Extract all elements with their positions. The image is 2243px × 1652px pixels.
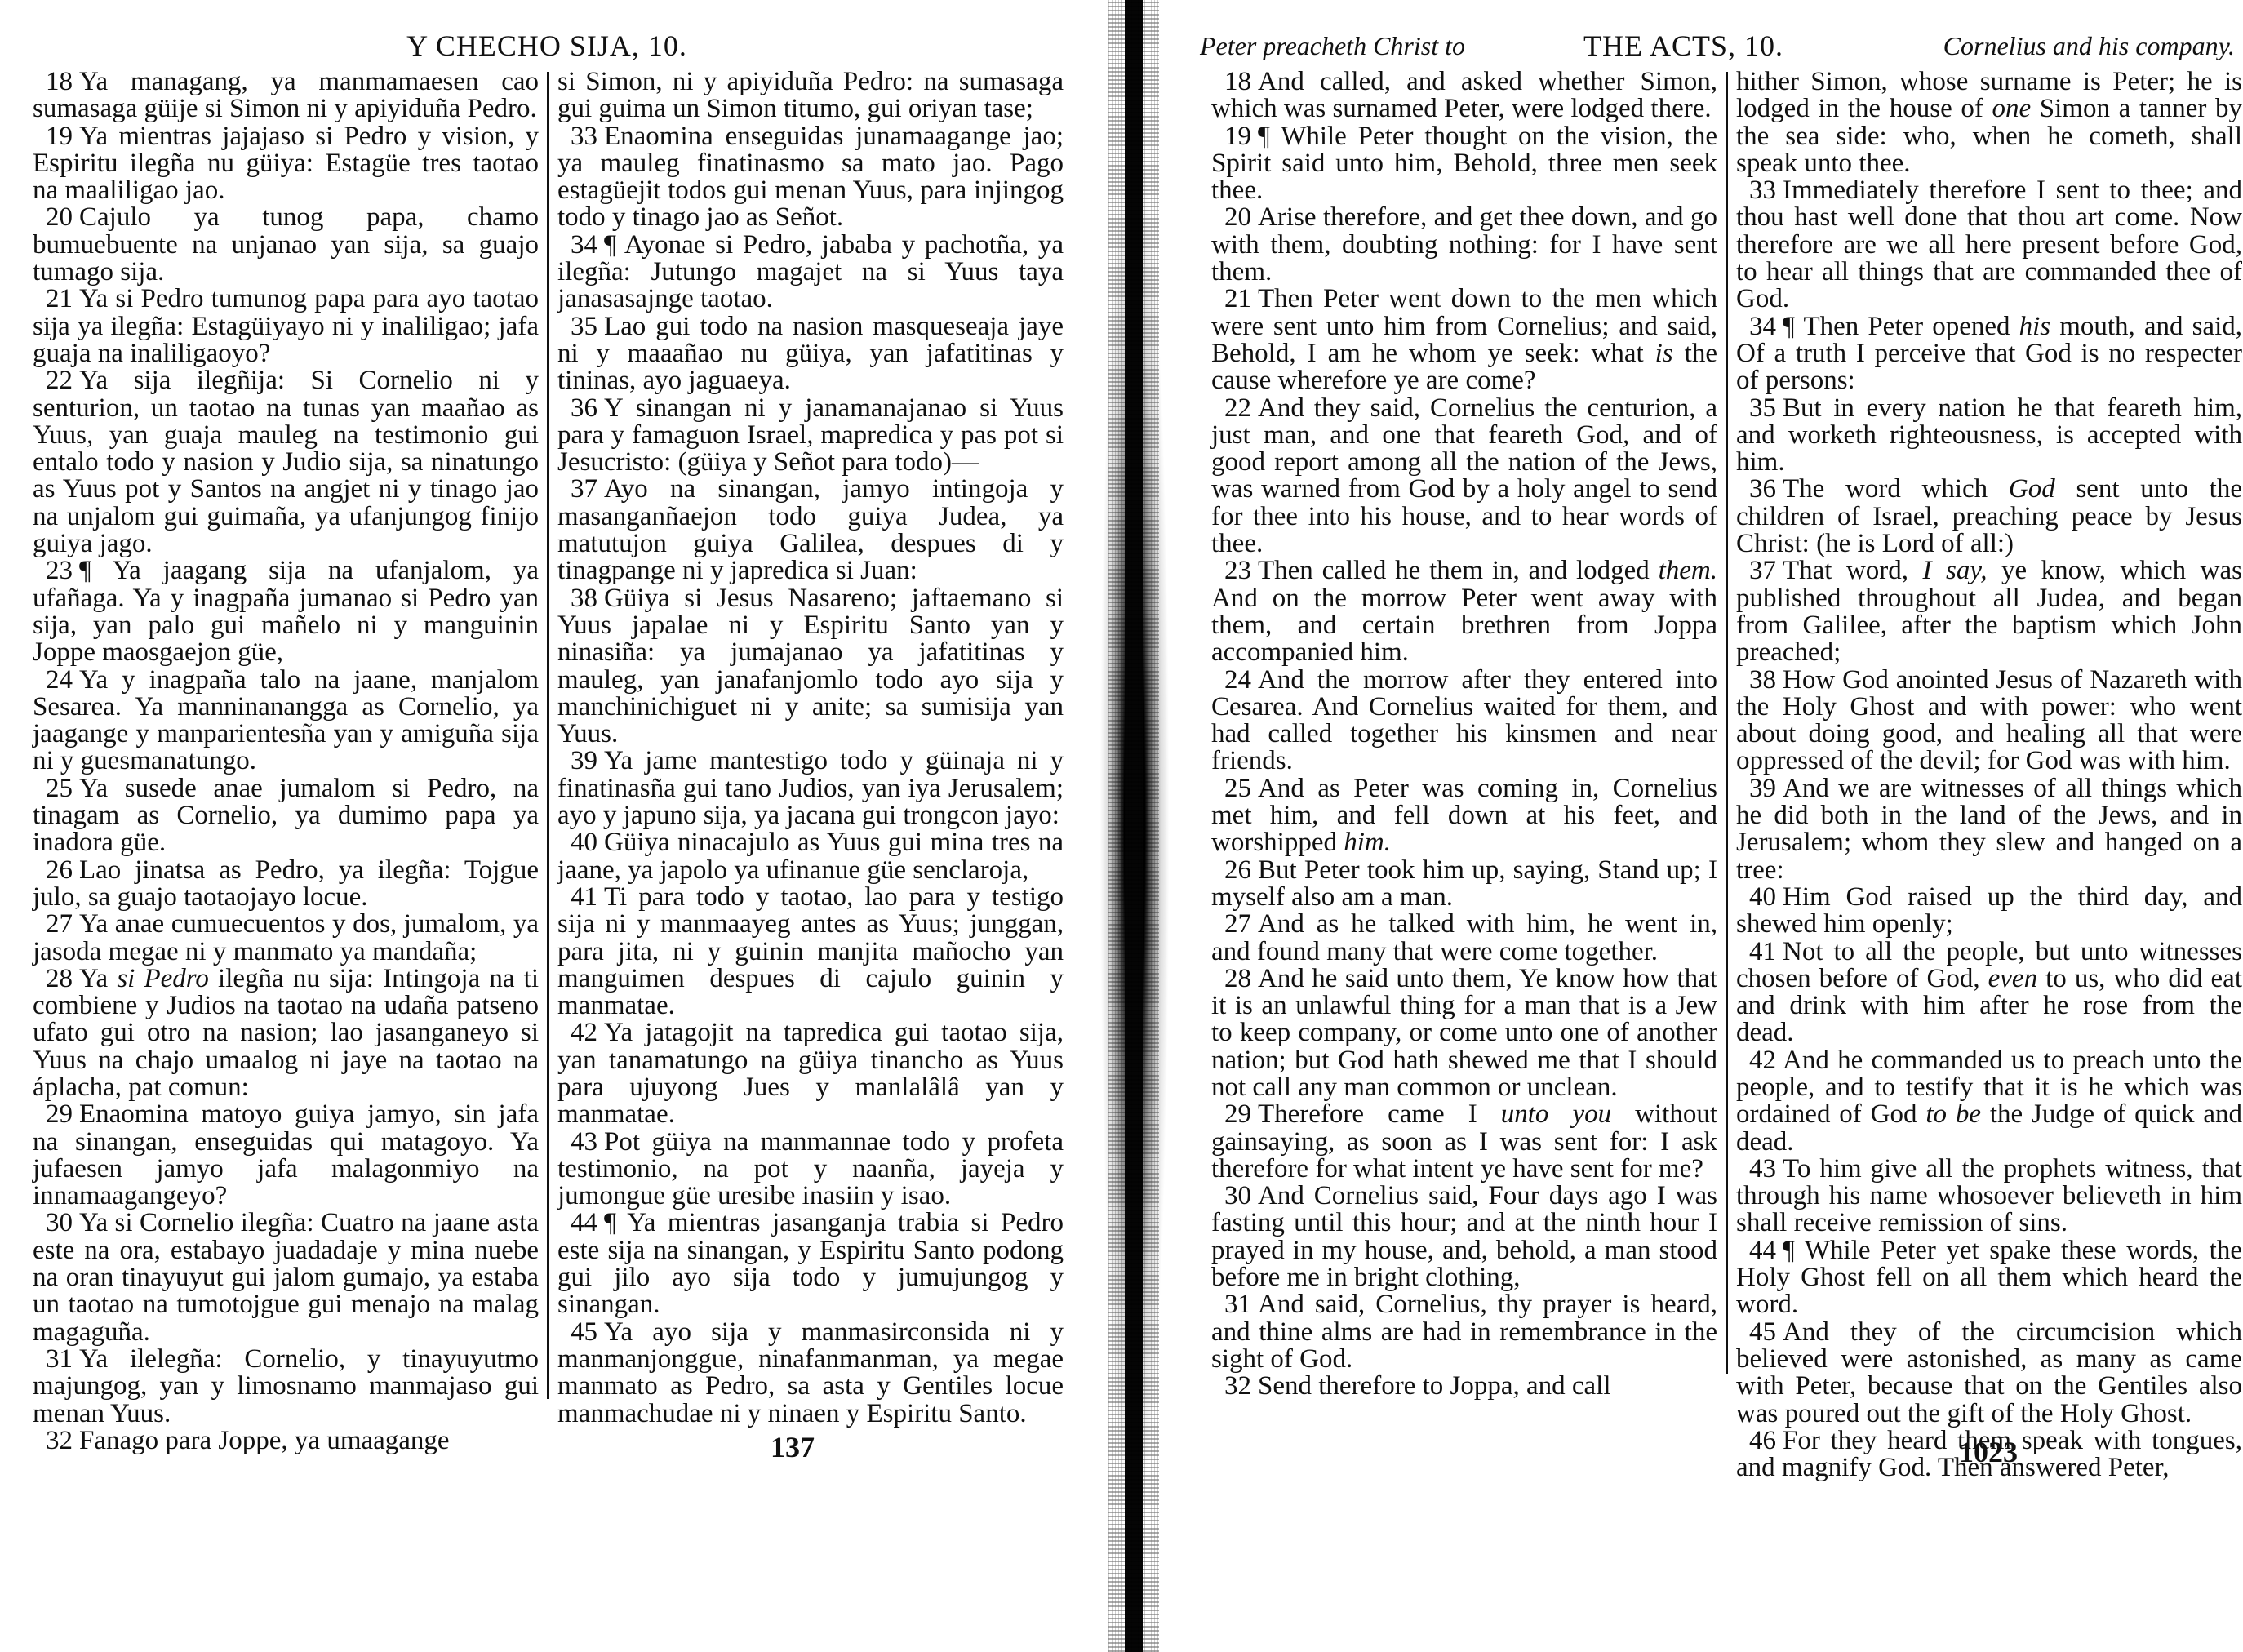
verse-italic-text: I say, <box>1923 556 1988 585</box>
verse-number: 26 <box>1224 855 1251 885</box>
verse-number: 29 <box>1224 1099 1251 1129</box>
verse: 25Ya susede anae jumalom si Pedro, na ti… <box>33 775 539 857</box>
verse-text: Ya managang, ya manmamaesen cao sumasaga… <box>33 67 539 123</box>
verse: 39And we are witnesses of all things whi… <box>1736 775 2242 884</box>
verse-number: 18 <box>1224 67 1251 96</box>
verse-italic-text: si Pedro <box>117 964 209 993</box>
verse: 28Ya si Pedro ilegña nu sija: Intingoja … <box>33 966 539 1101</box>
verse-text: And as he talked with him, he went in, a… <box>1211 909 1717 966</box>
verse: 18And called, and asked whether Simon, w… <box>1211 69 1717 123</box>
verse-text: And said, Cornelius, thy prayer is heard… <box>1211 1290 1717 1374</box>
running-head-right-note: Cornelius and his company. <box>1943 29 2235 62</box>
verse-text: And he said unto them, Ye know how that … <box>1211 964 1717 1102</box>
verse: 45Ya ayo sija y manmasirconsida ni y man… <box>557 1319 1064 1428</box>
verse-text: Lao gui todo na nasion masqueseaja jaye … <box>557 312 1064 396</box>
verse: 43Pot güiya na manmannae todo y profeta … <box>557 1129 1064 1210</box>
verse-number: 45 <box>1749 1317 1776 1347</box>
verse-text: Ya si Cornelio ilegña: Cuatro na jaane a… <box>33 1208 539 1346</box>
verse: 22And they said, Cornelius the centurion… <box>1211 395 1717 558</box>
verse: 36Y sinangan ni y janamanajanao si Yuus … <box>557 395 1064 477</box>
verse-text: Ya y inagpaña talo na jaane, manjalom Se… <box>33 665 539 776</box>
verse-italic-text: is <box>1655 339 1673 368</box>
verse: 22Ya sija ilegñija: Si Cornelio ni y sen… <box>33 367 539 557</box>
pilcrow-icon: ¶ <box>79 556 113 585</box>
verse-number: 42 <box>571 1018 597 1047</box>
verse-text: Ya ayo sija y manmasirconsida ni y manma… <box>557 1317 1064 1428</box>
verse-text: That word, <box>1783 556 1923 585</box>
verse-number: 41 <box>571 882 597 912</box>
verse-text: And the morrow after they entered into C… <box>1211 665 1717 776</box>
verse-text: The word which <box>1783 474 2009 504</box>
verse-number: 30 <box>1224 1181 1251 1210</box>
verse-text: Ya ilelegña: Cornelio, y tinayuyutmo maj… <box>33 1344 539 1428</box>
verse-text: Then Peter went down to the men which we… <box>1211 284 1717 368</box>
verse: 43To him give all the prophets witness, … <box>1736 1156 2242 1237</box>
running-head-english: THE ACTS, 10. <box>1583 29 1783 62</box>
verse-text: Y sinangan ni y janamanajanao si Yuus pa… <box>557 393 1064 477</box>
verse: 25And as Peter was coming in, Cornelius … <box>1211 775 1717 857</box>
verse-number: 20 <box>1224 202 1251 232</box>
verse-italic-text: God <box>2009 474 2055 504</box>
verse: 36The word which God sent unto the child… <box>1736 476 2242 557</box>
verse: 40Güiya ninacajulo as Yuus gui mina tres… <box>557 829 1064 884</box>
verse-text: While Peter yet spake these words, the H… <box>1736 1236 2242 1320</box>
verse-text: Güiya ninacajulo as Yuus gui mina tres n… <box>557 828 1064 884</box>
verse: 19Ya mientras jajajaso si Pedro y vision… <box>33 123 539 205</box>
verse-text: Ya mientras jajajaso si Pedro y vision, … <box>33 122 539 206</box>
verse-text: Then called he them in, and lodged <box>1258 556 1659 585</box>
verse: 28And he said unto them, Ye know how tha… <box>1211 966 1717 1101</box>
verse-text: And we are witnesses of all things which… <box>1736 774 2242 885</box>
verse-number: 18 <box>46 67 73 96</box>
verse-text: And as Peter was coming in, Cornelius me… <box>1211 774 1717 858</box>
verse-number: 37 <box>1749 556 1776 585</box>
verse-text: Fanago para Joppe, ya umaagange <box>79 1426 450 1455</box>
verse: 31Ya ilelegña: Cornelio, y tinayuyutmo m… <box>33 1346 539 1428</box>
pilcrow-icon: ¶ <box>1783 312 1803 341</box>
verse-text: Then Peter opened <box>1803 312 2019 341</box>
verse-text: But in every nation he that feareth him,… <box>1736 393 2242 477</box>
verse-text: Ya <box>79 964 117 993</box>
verse: 27Ya anae cumuecuentos y dos, jumalom, y… <box>33 911 539 966</box>
verse: 24And the morrow after they entered into… <box>1211 667 1717 775</box>
verse: 29Therefore came I unto you without gain… <box>1211 1101 1717 1183</box>
verse-number: 22 <box>1224 393 1251 423</box>
verse-number: 29 <box>46 1099 73 1129</box>
verse-text: si Simon, ni y apiyiduña Pedro: na sumas… <box>557 67 1064 123</box>
verse: 35Lao gui todo na nasion masqueseaja jay… <box>557 313 1064 395</box>
verse-number: 44 <box>1749 1236 1776 1265</box>
verse-number: 32 <box>46 1426 73 1455</box>
verse: 39Ya jame mantestigo todo y güinaja ni y… <box>557 748 1064 829</box>
verse: 33Immediately therefore I sent to thee; … <box>1736 177 2242 313</box>
pilcrow-icon: ¶ <box>604 230 624 260</box>
english-column-2: hither Simon, whose surname is Peter; he… <box>1736 69 2242 1481</box>
verse-italic-text: unto you <box>1501 1099 1611 1129</box>
verse: 37That word, I say, ye know, which was p… <box>1736 557 2242 666</box>
verse-number: 38 <box>571 584 597 613</box>
verse-italic-text: even <box>1988 964 2037 993</box>
book-gutter <box>1094 0 1175 1652</box>
verse-number: 20 <box>46 202 73 232</box>
chamorro-column-2: si Simon, ni y apiyiduña Pedro: na sumas… <box>557 69 1064 1454</box>
verse-text: Pot güiya na manmannae todo y profeta te… <box>557 1127 1064 1211</box>
verse-number: 44 <box>571 1208 597 1237</box>
verse-text: Enaomina matoyo guiya jamyo, sin jafa na… <box>33 1099 539 1210</box>
verse: 20Arise therefore, and get thee down, an… <box>1211 204 1717 286</box>
verse-number: 32 <box>1224 1371 1251 1401</box>
verse-number: 34 <box>571 230 597 260</box>
verse: 37Ayo na sinangan, jamyo intingoja y mas… <box>557 476 1064 584</box>
verse-number: 31 <box>46 1344 73 1374</box>
verse-number: 19 <box>1224 122 1251 151</box>
verse-text: Enaomina enseguidas junamaagange jao; ya… <box>557 122 1064 233</box>
verse: 31And said, Cornelius, thy prayer is hea… <box>1211 1291 1717 1373</box>
verse: 38Güiya si Jesus Nasareno; jaftaemano si… <box>557 585 1064 748</box>
verse-number: 19 <box>46 122 73 151</box>
verse: 44¶ While Peter yet spake these words, t… <box>1736 1237 2242 1319</box>
right-page-english: Peter preacheth Christ to THE ACTS, 10. … <box>1175 0 2243 1652</box>
verse-number: 39 <box>1749 774 1776 803</box>
verse-text: Ayonae si Pedro, jababa y pachotña, ya i… <box>557 230 1064 314</box>
verse-number: 38 <box>1749 665 1776 695</box>
verse-number: 21 <box>46 284 73 313</box>
verse-text: Ayo na sinangan, jamyo intingoja y masan… <box>557 474 1064 585</box>
verse-text: To him give all the prophets witness, th… <box>1736 1154 2242 1238</box>
verse-italic-text: one <box>1992 94 2031 123</box>
verse-text: And Cornelius said, Four days ago I was … <box>1211 1181 1717 1292</box>
verse-number: 33 <box>1749 175 1776 205</box>
verse: 45And they of the circumcision which bel… <box>1736 1319 2242 1428</box>
verse: 18Ya managang, ya manmamaesen cao sumasa… <box>33 69 539 123</box>
verse-text: Send therefore to Joppa, and call <box>1258 1371 1611 1401</box>
verse-number: 25 <box>46 774 73 803</box>
verse-number: 36 <box>1749 474 1776 504</box>
verse: 20Cajulo ya tunog papa, chamo bumuebuent… <box>33 204 539 286</box>
verse: 24Ya y inagpaña talo na jaane, manjalom … <box>33 667 539 775</box>
english-column-1: 18And called, and asked whether Simon, w… <box>1211 69 1717 1481</box>
verse: 34¶ Then Peter opened his mouth, and sai… <box>1736 313 2242 395</box>
verse-text: And they of the circumcision which belie… <box>1736 1317 2242 1428</box>
verse: 40Him God raised up the third day, and s… <box>1736 884 2242 939</box>
verse-italic-text: him. <box>1344 828 1391 857</box>
verse-number: 24 <box>1224 665 1251 695</box>
verse: 27And as he talked with him, he went in,… <box>1211 911 1717 966</box>
verse-text: Ya jame mantestigo todo y güinaja ni y f… <box>557 746 1064 830</box>
verse-text: Ya mientras jasanganja trabia si Pedro e… <box>557 1208 1064 1319</box>
verse-text: Ya sija ilegñija: Si Cornelio ni y sentu… <box>33 366 539 558</box>
verse-text: Ya jatagojit na tapredica gui taotao sij… <box>557 1018 1064 1129</box>
verse: 41Not to all the people, but unto witnes… <box>1736 939 2242 1047</box>
running-head-left-note: Peter preacheth Christ to <box>1200 29 1465 62</box>
verse-text: But Peter took him up, saying, Stand up;… <box>1211 855 1717 912</box>
verse: si Simon, ni y apiyiduña Pedro: na sumas… <box>557 69 1064 123</box>
page-number-right: 1023 <box>1959 1435 2018 1469</box>
verse-number: 40 <box>1749 882 1776 912</box>
verse-number: 30 <box>46 1208 73 1237</box>
verse-text: Güiya si Jesus Nasareno; jaftaemano si Y… <box>557 584 1064 748</box>
column-rule <box>547 72 549 1399</box>
left-page-chamorro: Y CHECHO SIJA, 10. 18Ya managang, ya man… <box>0 0 1094 1652</box>
verse: 30Ya si Cornelio ilegña: Cuatro na jaane… <box>33 1210 539 1345</box>
column-rule <box>1726 72 1728 1374</box>
verse: 41Ti para todo y taotao, lao para y test… <box>557 884 1064 1019</box>
verse-number: 41 <box>1749 937 1776 966</box>
pilcrow-icon: ¶ <box>1258 122 1281 151</box>
chamorro-column-1: 18Ya managang, ya manmamaesen cao sumasa… <box>33 69 539 1454</box>
verse-number: 24 <box>46 665 73 695</box>
pilcrow-icon: ¶ <box>604 1208 627 1237</box>
verse-text: And on the morrow Peter went away with t… <box>1211 584 1717 668</box>
verse: 23Then called he them in, and lodged the… <box>1211 557 1717 666</box>
verse-text: Ya anae cumuecuentos y dos, jumalom, ya … <box>33 909 539 966</box>
verse-number: 25 <box>1224 774 1251 803</box>
verse-number: 43 <box>571 1127 597 1157</box>
verse-number: 35 <box>1749 393 1776 423</box>
verse: 33Enaomina enseguidas junamaagange jao; … <box>557 123 1064 232</box>
verse-number: 21 <box>1224 284 1251 313</box>
verse-number: 45 <box>571 1317 597 1347</box>
verse-text: Lao jinatsa as Pedro, ya ilegña: Tojgue … <box>33 855 539 912</box>
verse-text: Arise therefore, and get thee down, and … <box>1211 202 1717 286</box>
verse-number: 35 <box>571 312 597 341</box>
verse: 21Ya si Pedro tumunog papa para ayo taot… <box>33 286 539 367</box>
verse-text: Him God raised up the third day, and she… <box>1736 882 2242 939</box>
pilcrow-icon: ¶ <box>1783 1236 1805 1265</box>
verse: 30And Cornelius said, Four days ago I wa… <box>1211 1183 1717 1291</box>
verse: 44¶ Ya mientras jasanganja trabia si Ped… <box>557 1210 1064 1318</box>
verse: 35But in every nation he that feareth hi… <box>1736 395 2242 477</box>
verse-number: 36 <box>571 393 597 423</box>
verse: 32Send therefore to Joppa, and call <box>1211 1373 1717 1400</box>
verse-number: 34 <box>1749 312 1776 341</box>
verse-number: 27 <box>1224 909 1251 939</box>
verse-number: 37 <box>571 474 597 504</box>
verse-text: Ya susede anae jumalom si Pedro, na tina… <box>33 774 539 858</box>
verse-text: And they said, Cornelius the centurion, … <box>1211 393 1717 558</box>
verse-number: 43 <box>1749 1154 1776 1183</box>
verse: 42Ya jatagojit na tapredica gui taotao s… <box>557 1019 1064 1128</box>
verse-italic-text: them. <box>1659 556 1717 585</box>
running-head-chamorro: Y CHECHO SIJA, 10. <box>0 29 1094 62</box>
right-page-columns: 18And called, and asked whether Simon, w… <box>1211 69 2242 1481</box>
verse-text: How God anointed Jesus of Nazareth with … <box>1736 665 2242 776</box>
verse-number: 31 <box>1224 1290 1251 1319</box>
verse-text: Cajulo ya tunog papa, chamo bumuebuente … <box>33 202 539 286</box>
verse: hither Simon, whose surname is Peter; he… <box>1736 69 2242 177</box>
verse-number: 46 <box>1749 1426 1776 1455</box>
verse-number: 42 <box>1749 1046 1776 1075</box>
verse-text: Ya si Pedro tumunog papa para ayo taotao… <box>33 284 539 368</box>
verse-number: 28 <box>1224 964 1251 993</box>
left-page-columns: 18Ya managang, ya manmamaesen cao sumasa… <box>33 69 1064 1454</box>
verse: 42And he commanded us to preach unto the… <box>1736 1047 2242 1156</box>
verse-text: Ti para todo y taotao, lao para y testig… <box>557 882 1064 1020</box>
verse-text: Therefore came I <box>1258 1099 1501 1129</box>
verse-text: While Peter thought on the vision, the S… <box>1211 122 1717 206</box>
verse-number: 40 <box>571 828 597 857</box>
verse: 38How God anointed Jesus of Nazareth wit… <box>1736 667 2242 775</box>
verse: 19¶ While Peter thought on the vision, t… <box>1211 123 1717 205</box>
verse-number: 28 <box>46 964 73 993</box>
verse-text: And called, and asked whether Simon, whi… <box>1211 67 1717 123</box>
verse: 21Then Peter went down to the men which … <box>1211 286 1717 394</box>
verse-italic-text: his <box>2019 312 2051 341</box>
verse-number: 23 <box>46 556 73 585</box>
verse-italic-text: to be <box>1925 1099 1981 1129</box>
verse: 26Lao jinatsa as Pedro, ya ilegña: Tojgu… <box>33 857 539 912</box>
verse-number: 33 <box>571 122 597 151</box>
verse-text: Immediately therefore I sent to thee; an… <box>1736 175 2242 313</box>
verse: 32Fanago para Joppe, ya umaagange <box>33 1428 539 1454</box>
verse-number: 22 <box>46 366 73 395</box>
verse: 29Enaomina matoyo guiya jamyo, sin jafa … <box>33 1101 539 1210</box>
verse-number: 26 <box>46 855 73 885</box>
verse: 26But Peter took him up, saying, Stand u… <box>1211 857 1717 912</box>
verse-number: 27 <box>46 909 73 939</box>
page-number-left: 137 <box>771 1430 815 1464</box>
verse-number: 23 <box>1224 556 1251 585</box>
verse: 34¶ Ayonae si Pedro, jababa y pachotña, … <box>557 232 1064 313</box>
verse-number: 39 <box>571 746 597 775</box>
verse: 23¶ Ya jaagang sija na ufanjalom, ya ufa… <box>33 557 539 666</box>
